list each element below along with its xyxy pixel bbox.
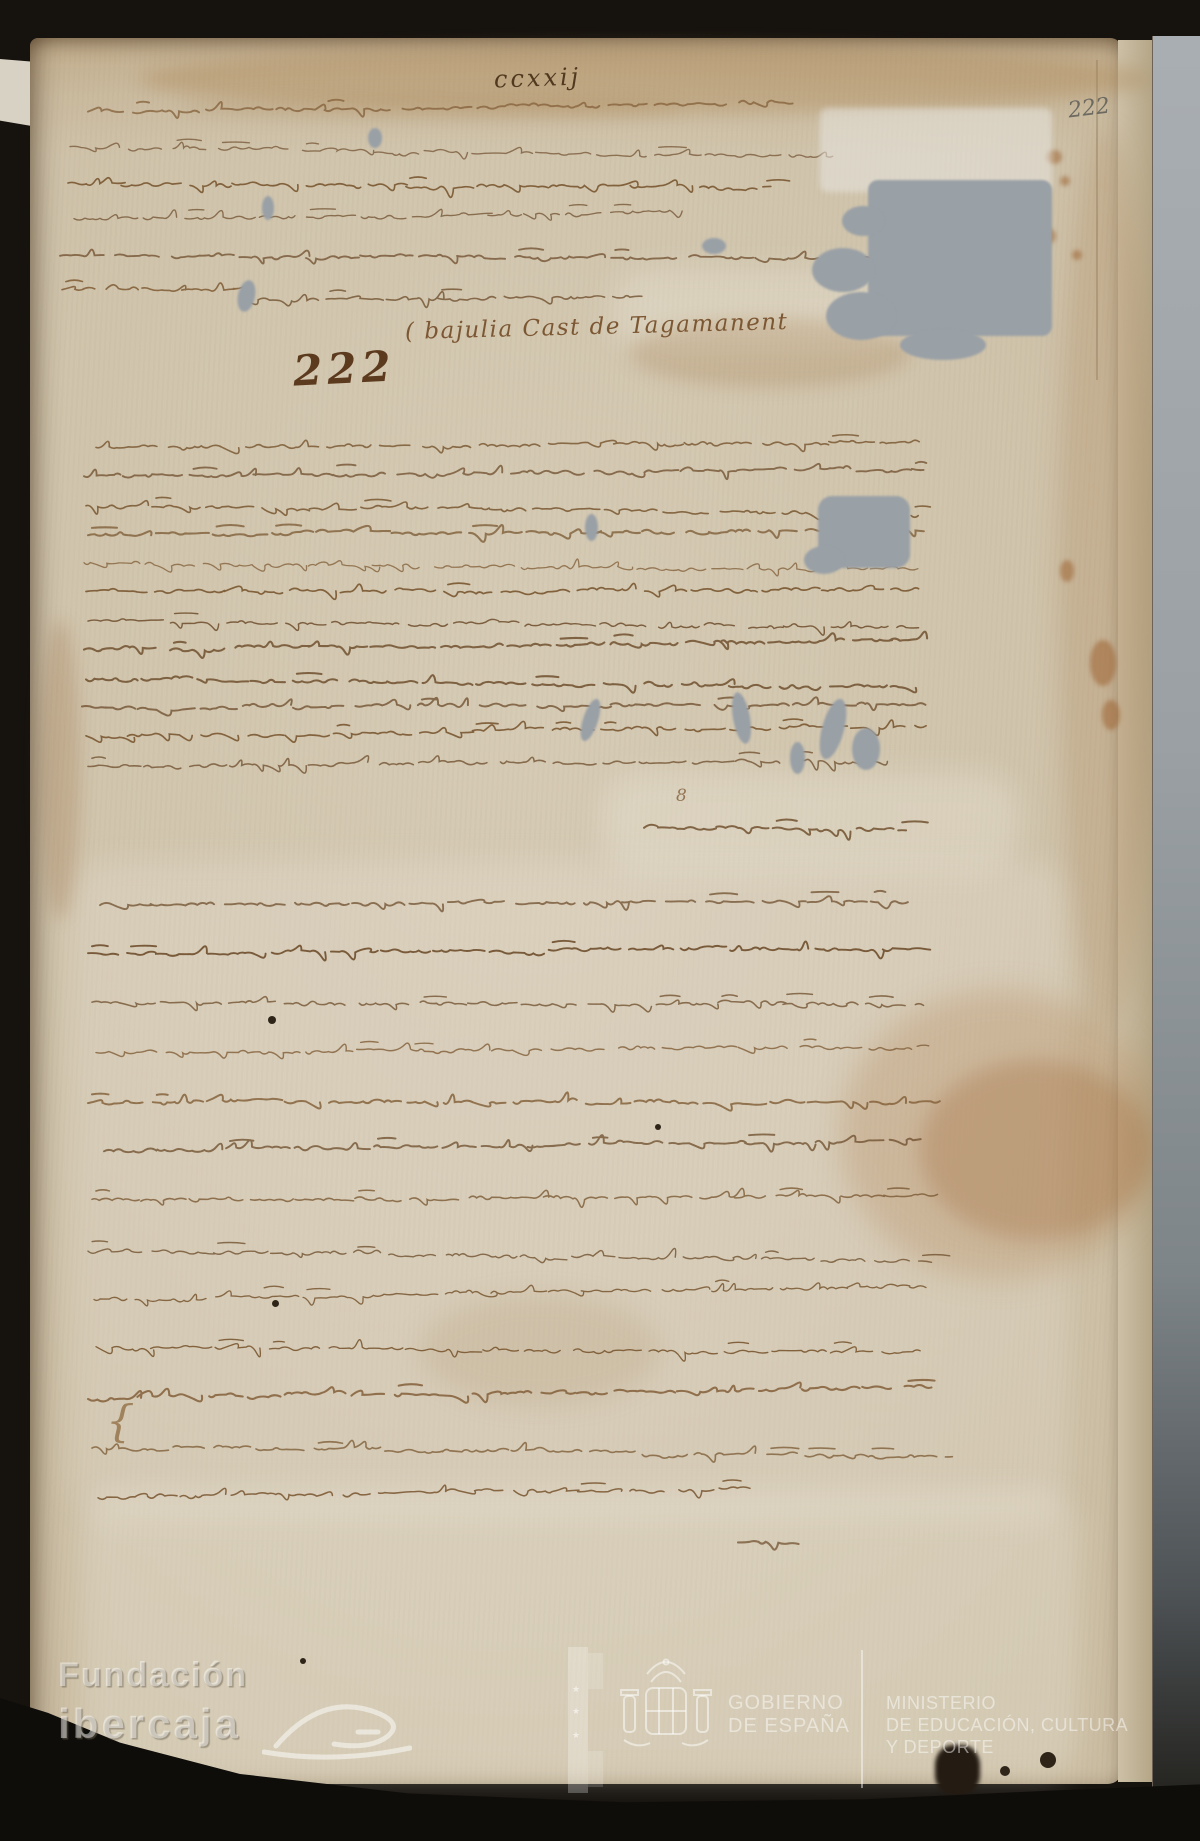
stain xyxy=(40,620,80,920)
gobierno-line2: DE ESPAÑA xyxy=(728,1715,850,1738)
gov-logo-divider xyxy=(861,1650,863,1788)
ink-corrosion-blob xyxy=(262,196,274,220)
paragraph-brace: { xyxy=(105,1396,135,1448)
foxing-spot xyxy=(1072,250,1082,260)
star-icon: ★ xyxy=(572,1707,580,1717)
book-fore-edge xyxy=(1152,36,1200,1802)
gov-logo-bar: ★ ★ ★ xyxy=(568,1647,588,1793)
manuscript-photo: ccxxij 222 222 ( bajulia Cast de Tagaman… xyxy=(0,0,1200,1841)
stain xyxy=(420,1295,660,1405)
ink-corrosion-blob xyxy=(585,514,598,541)
ministerio-line2: DE EDUCACIÓN, CULTURA xyxy=(886,1714,1128,1736)
watermark-ministerio: MINISTERIO DE EDUCACIÓN, CULTURA Y DEPOR… xyxy=(886,1692,1128,1758)
ministerio-line3: Y DEPORTE xyxy=(886,1736,1128,1758)
gobierno-line1: GOBIERNO xyxy=(728,1692,850,1715)
ink-blot xyxy=(655,1124,661,1130)
ink-blot xyxy=(300,1658,306,1664)
folio-number-roman: ccxxij xyxy=(494,62,582,93)
gray-felt-patch xyxy=(812,248,874,292)
ink-corrosion-blob xyxy=(790,742,805,774)
ink-blot xyxy=(272,1300,279,1307)
gray-felt-patch xyxy=(826,292,896,340)
gray-felt-patch xyxy=(900,330,986,360)
ink-blot xyxy=(1000,1766,1010,1776)
gov-logo-bar-tab xyxy=(588,1751,603,1787)
scribal-mark: 8 xyxy=(676,786,687,806)
ink-corrosion-blob xyxy=(368,128,382,148)
stain xyxy=(920,1060,1150,1240)
foxing-spot xyxy=(1060,560,1074,582)
ink-corrosion-blob xyxy=(852,728,880,770)
ibercaja-logo-icon xyxy=(262,1688,412,1783)
folio-number-pencil: 222 xyxy=(1067,94,1112,124)
repair-patch-light xyxy=(600,772,1020,872)
watermark-fundacion: Fundación xyxy=(58,1656,248,1695)
foxing-spot xyxy=(1060,176,1070,186)
watermark-ibercaja: ibercaja xyxy=(58,1700,241,1748)
gray-felt-patch xyxy=(702,238,726,254)
ink-blot xyxy=(268,1016,276,1024)
gray-felt-patch xyxy=(804,546,844,574)
watermark-gobierno: GOBIERNO DE ESPAÑA xyxy=(728,1692,850,1738)
spain-coat-of-arms-icon xyxy=(616,1658,716,1768)
foxing-spot xyxy=(1090,640,1116,686)
ministerio-line1: MINISTERIO xyxy=(886,1692,1128,1714)
stain xyxy=(1058,130,1154,1030)
gov-logo-bar-tab xyxy=(588,1653,603,1689)
gray-felt-patch xyxy=(842,206,884,236)
foxing-spot xyxy=(1102,700,1120,730)
star-icon: ★ xyxy=(572,1685,580,1695)
archive-number: 222 xyxy=(292,341,397,395)
star-icon: ★ xyxy=(572,1731,580,1741)
stain xyxy=(180,95,680,121)
